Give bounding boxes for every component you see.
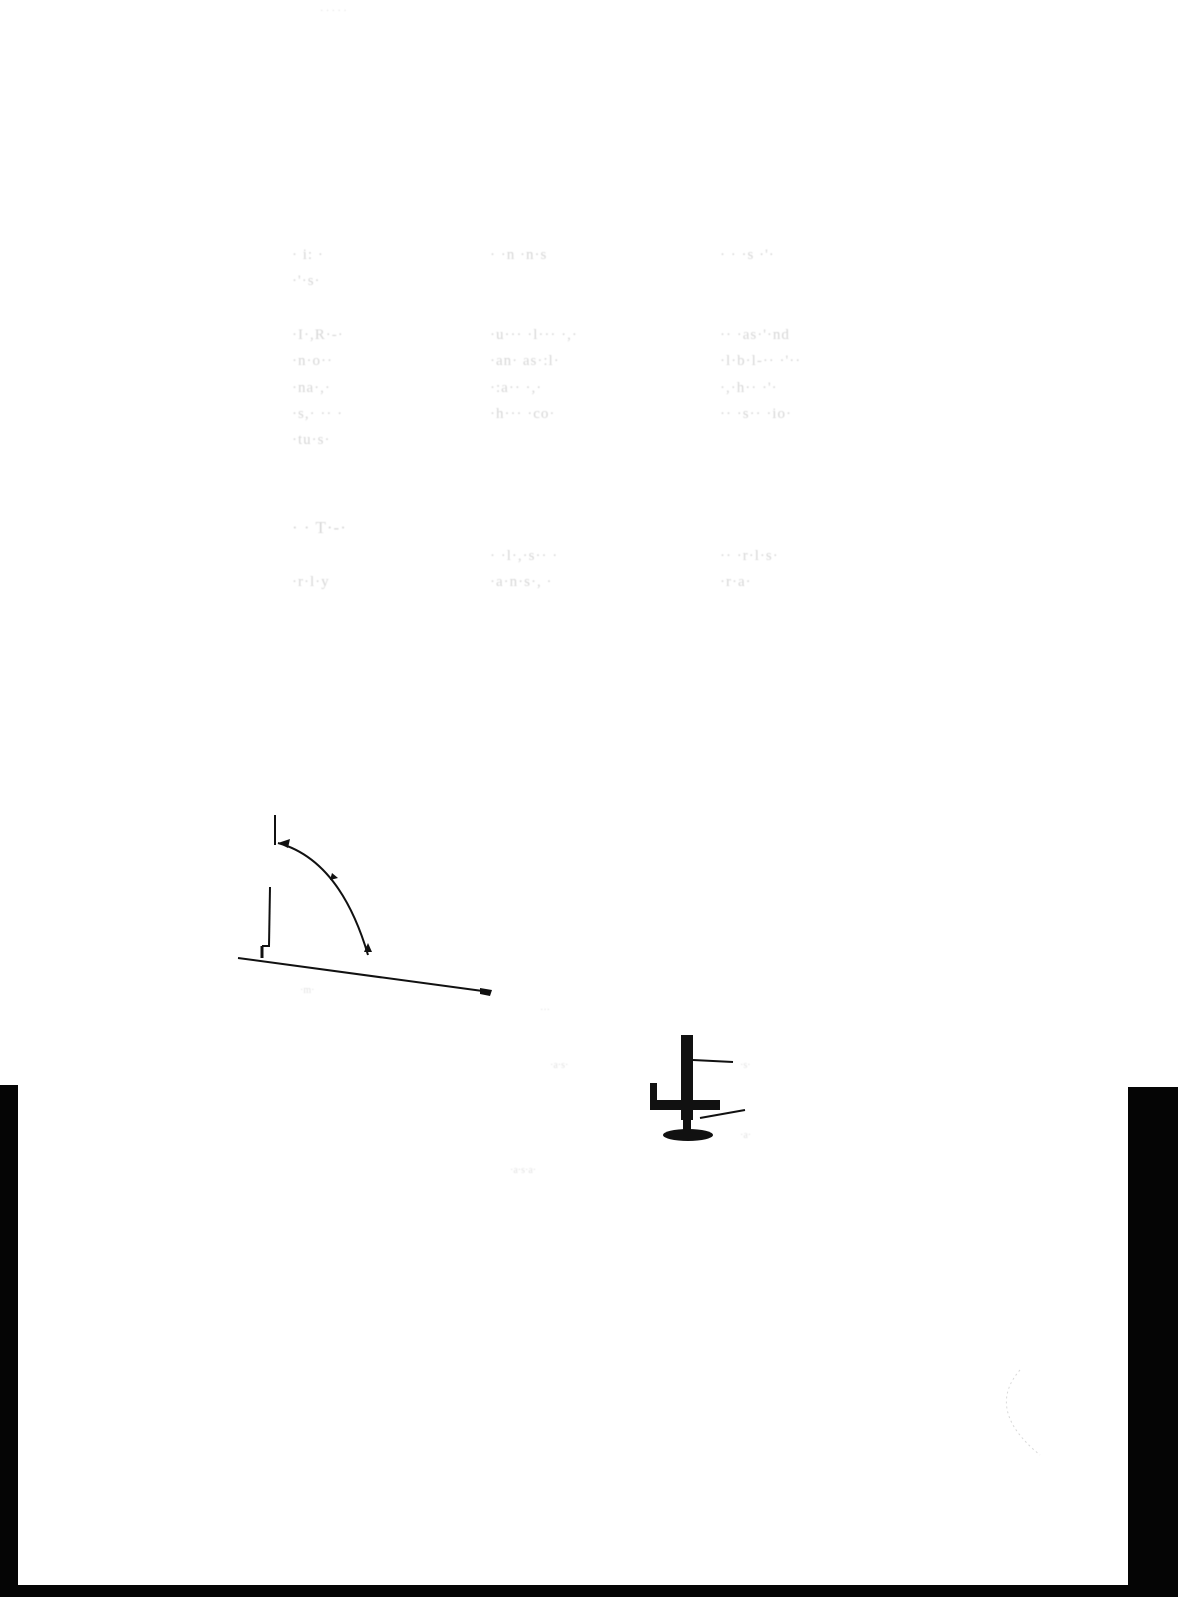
- scan-border-left: [0, 1085, 18, 1597]
- scan-border-right: [1128, 1087, 1178, 1597]
- scan-border-bottom: [0, 1585, 1178, 1597]
- figure-drawing: [0, 0, 1178, 1597]
